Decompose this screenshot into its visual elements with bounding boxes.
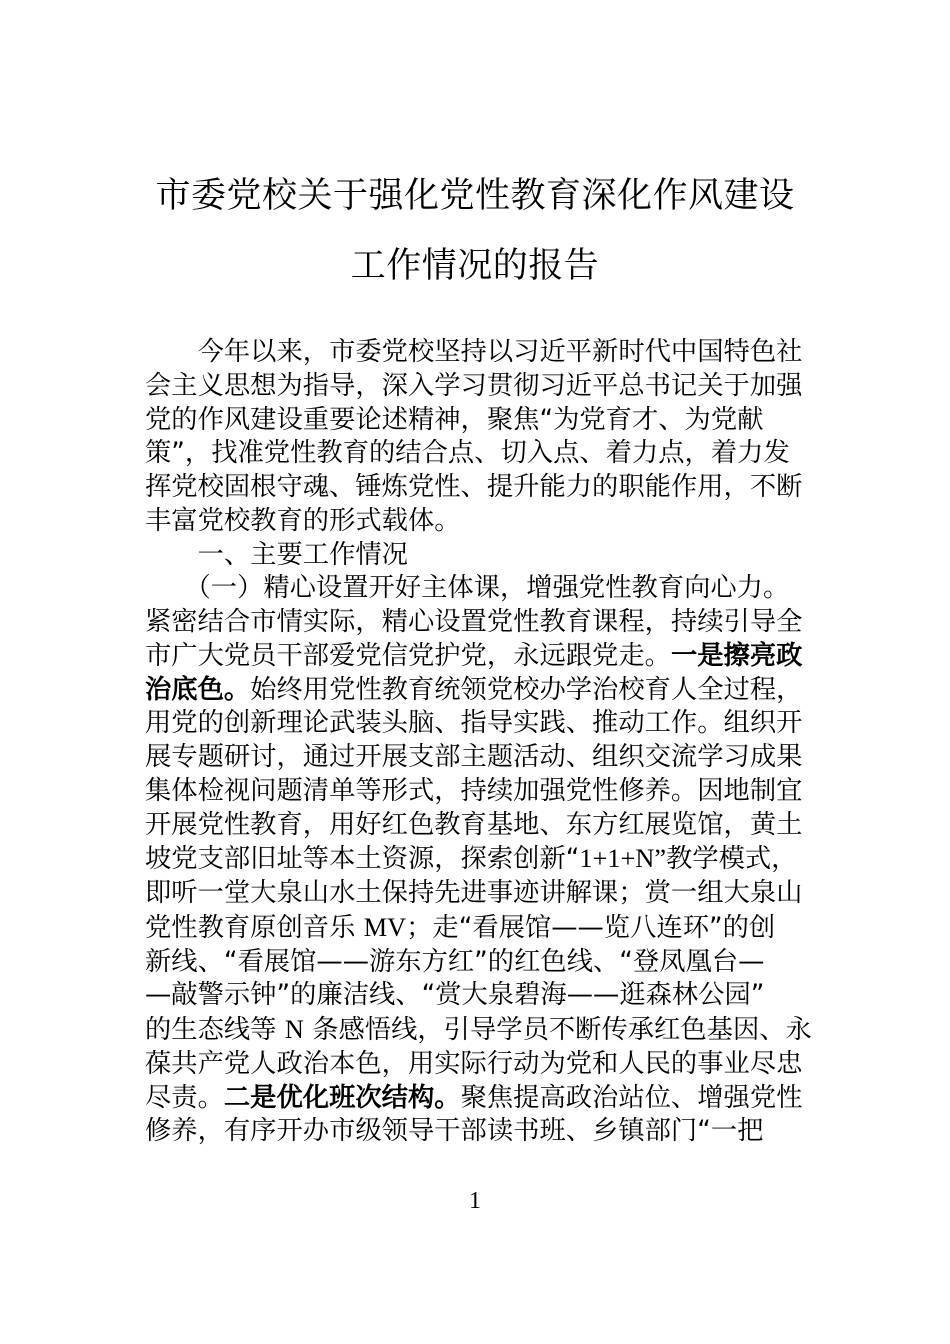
body-text-line: 会主义思想为指导，深入学习贯彻习近平总书记关于加强 xyxy=(145,370,809,404)
text-run: N xyxy=(285,1015,304,1044)
body-text-line: （一）精心设置开好主体课，增强党性教育向心力。 xyxy=(145,572,809,606)
text-run: 挥党校固根守魂、锤炼党性、提升能力的职能作用，不断 xyxy=(145,472,802,502)
body-text-line: 一、主要工作情况 xyxy=(145,539,809,573)
text-run: 今年以来，市委党校坚持以习近平新时代中国特色社 xyxy=(145,337,802,367)
body-text-line: 展专题研讨，通过开展支部主题活动、组织交流学习成果 xyxy=(145,741,809,775)
text-run: 用党的创新理论武装头脑、指导实践、推动工作。组织开 xyxy=(145,708,802,738)
report-title-line-1: 市委党校关于强化党性教育深化作风建设 xyxy=(145,178,805,214)
body-text-line: 的生态线等 N 条感悟线，引导学员不断传承红色基因、永 xyxy=(145,1013,809,1048)
body-text-line: 集体检视问题清单等形式，持续加强党性修养。因地制宜 xyxy=(145,775,809,809)
body-text-line: 市广大党员干部爱党信党护党，永远跟党走。一是擦亮政 xyxy=(145,640,809,674)
text-run: 新线、“看展馆——游东方红”的红色线、“登凤凰台— xyxy=(145,947,764,977)
document-page: 市委党校关于强化党性教育深化作风建设 工作情况的报告 今年以来，市委党校坚持以习… xyxy=(0,0,950,1344)
body-text-line: 策”，找准党性教育的结合点、切入点、着力点，着力发 xyxy=(145,437,809,471)
body-text-line: 新线、“看展馆——游东方红”的红色线、“登凤凰台— xyxy=(145,946,809,980)
text-run: 市广大党员干部爱党信党护党，永远跟党走。 xyxy=(145,641,671,671)
report-title-line-2: 工作情况的报告 xyxy=(145,248,805,284)
body-text-line: 即听一堂大泉山水土保持先进事迹讲解课；赏一组大泉山 xyxy=(145,877,809,911)
body-text-line: 紧密结合市情实际，精心设置党性教育课程，持续引导全 xyxy=(145,606,809,640)
text-run: （一）精心设置开好主体课，增强党性教育向心力。 xyxy=(145,573,789,603)
body-text-line: 坡党支部旧址等本土资源，探索创新“1+1+N”教学模式， xyxy=(145,842,809,877)
text-run: 策”，找准党性教育的结合点、切入点、着力点，着力发 xyxy=(145,438,790,468)
text-run: 即听一堂大泉山水土保持先进事迹讲解课；赏一组大泉山 xyxy=(145,878,802,908)
text-run: 坡党支部旧址等本土资源，探索创新“ xyxy=(145,844,579,874)
body-text-line: 修养，有序开办市级领导干部读书班、乡镇部门“一把 xyxy=(145,1115,809,1149)
bold-lead-phrase: 一是擦亮政 xyxy=(671,641,802,671)
text-run: 紧密结合市情实际，精心设置党性教育课程，持续引导全 xyxy=(145,607,802,637)
body-text-line: 今年以来，市委党校坚持以习近平新时代中国特色社 xyxy=(145,336,809,370)
body-text-line: 葆共产党人政治本色，用实际行动为党和人民的事业尽忠 xyxy=(145,1048,809,1082)
text-run: 会主义思想为指导，深入学习贯彻习近平总书记关于加强 xyxy=(145,371,802,401)
text-run: 始终用党性教育统领党校办学治校育人全过程， xyxy=(250,675,802,705)
body-text-line: 挥党校固根守魂、锤炼党性、提升能力的职能作用，不断 xyxy=(145,471,809,505)
body-text-line: 用党的创新理论武装头脑、指导实践、推动工作。组织开 xyxy=(145,707,809,741)
text-run: 条感悟线，引导学员不断传承红色基因、永 xyxy=(304,1015,812,1045)
text-run: 聚焦提高政治站位、增强党性 xyxy=(461,1083,803,1113)
text-run: —敲警示钟”的廉洁线、“赏大泉碧海——逛森林公园” xyxy=(145,980,764,1010)
text-run: 党性教育原创音乐 xyxy=(145,913,364,943)
text-run: ；走“看展馆——览八连环”的创 xyxy=(406,913,775,943)
text-run: 开展党性教育，用好红色教育基地、东方红展览馆，黄土 xyxy=(145,810,802,840)
page-number: 1 xyxy=(0,1188,950,1215)
text-run: 1+1+N” xyxy=(579,844,666,873)
body-text-line: 尽责。二是优化班次结构。聚焦提高政治站位、增强党性 xyxy=(145,1082,809,1116)
text-run: 的生态线等 xyxy=(145,1015,285,1045)
text-run: 丰富党校教育的形式载体。 xyxy=(145,506,461,536)
text-run: 尽责。 xyxy=(145,1083,224,1113)
body-text-line: 党性教育原创音乐 MV；走“看展馆——览八连环”的创 xyxy=(145,911,809,946)
body-text-line: 党的作风建设重要论述精神，聚焦“为党育才、为党献 xyxy=(145,404,809,438)
body-text-line: 治底色。始终用党性教育统领党校办学治校育人全过程， xyxy=(145,674,809,708)
text-run: MV xyxy=(364,913,406,942)
body-text-line: 丰富党校教育的形式载体。 xyxy=(145,505,809,539)
text-run: 集体检视问题清单等形式，持续加强党性修养。因地制宜 xyxy=(145,776,802,806)
text-run: 展专题研讨，通过开展支部主题活动、组织交流学习成果 xyxy=(145,742,802,772)
body-text-line: —敲警示钟”的廉洁线、“赏大泉碧海——逛森林公园” xyxy=(145,979,809,1013)
bold-lead-phrase: 治底色。 xyxy=(145,675,250,705)
report-body: 今年以来，市委党校坚持以习近平新时代中国特色社会主义思想为指导，深入学习贯彻习近… xyxy=(145,336,809,1149)
bold-lead-phrase: 二是优化班次结构。 xyxy=(224,1083,461,1113)
text-run: 修养，有序开办市级领导干部读书班、乡镇部门“一把 xyxy=(145,1116,763,1146)
text-run: 一、主要工作情况 xyxy=(145,540,408,570)
text-run: 葆共产党人政治本色，用实际行动为党和人民的事业尽忠 xyxy=(145,1049,802,1079)
text-run: 教学模式， xyxy=(666,844,797,874)
body-text-line: 开展党性教育，用好红色教育基地、东方红展览馆，黄土 xyxy=(145,809,809,843)
text-run: 党的作风建设重要论述精神，聚焦“为党育才、为党献 xyxy=(145,405,763,435)
